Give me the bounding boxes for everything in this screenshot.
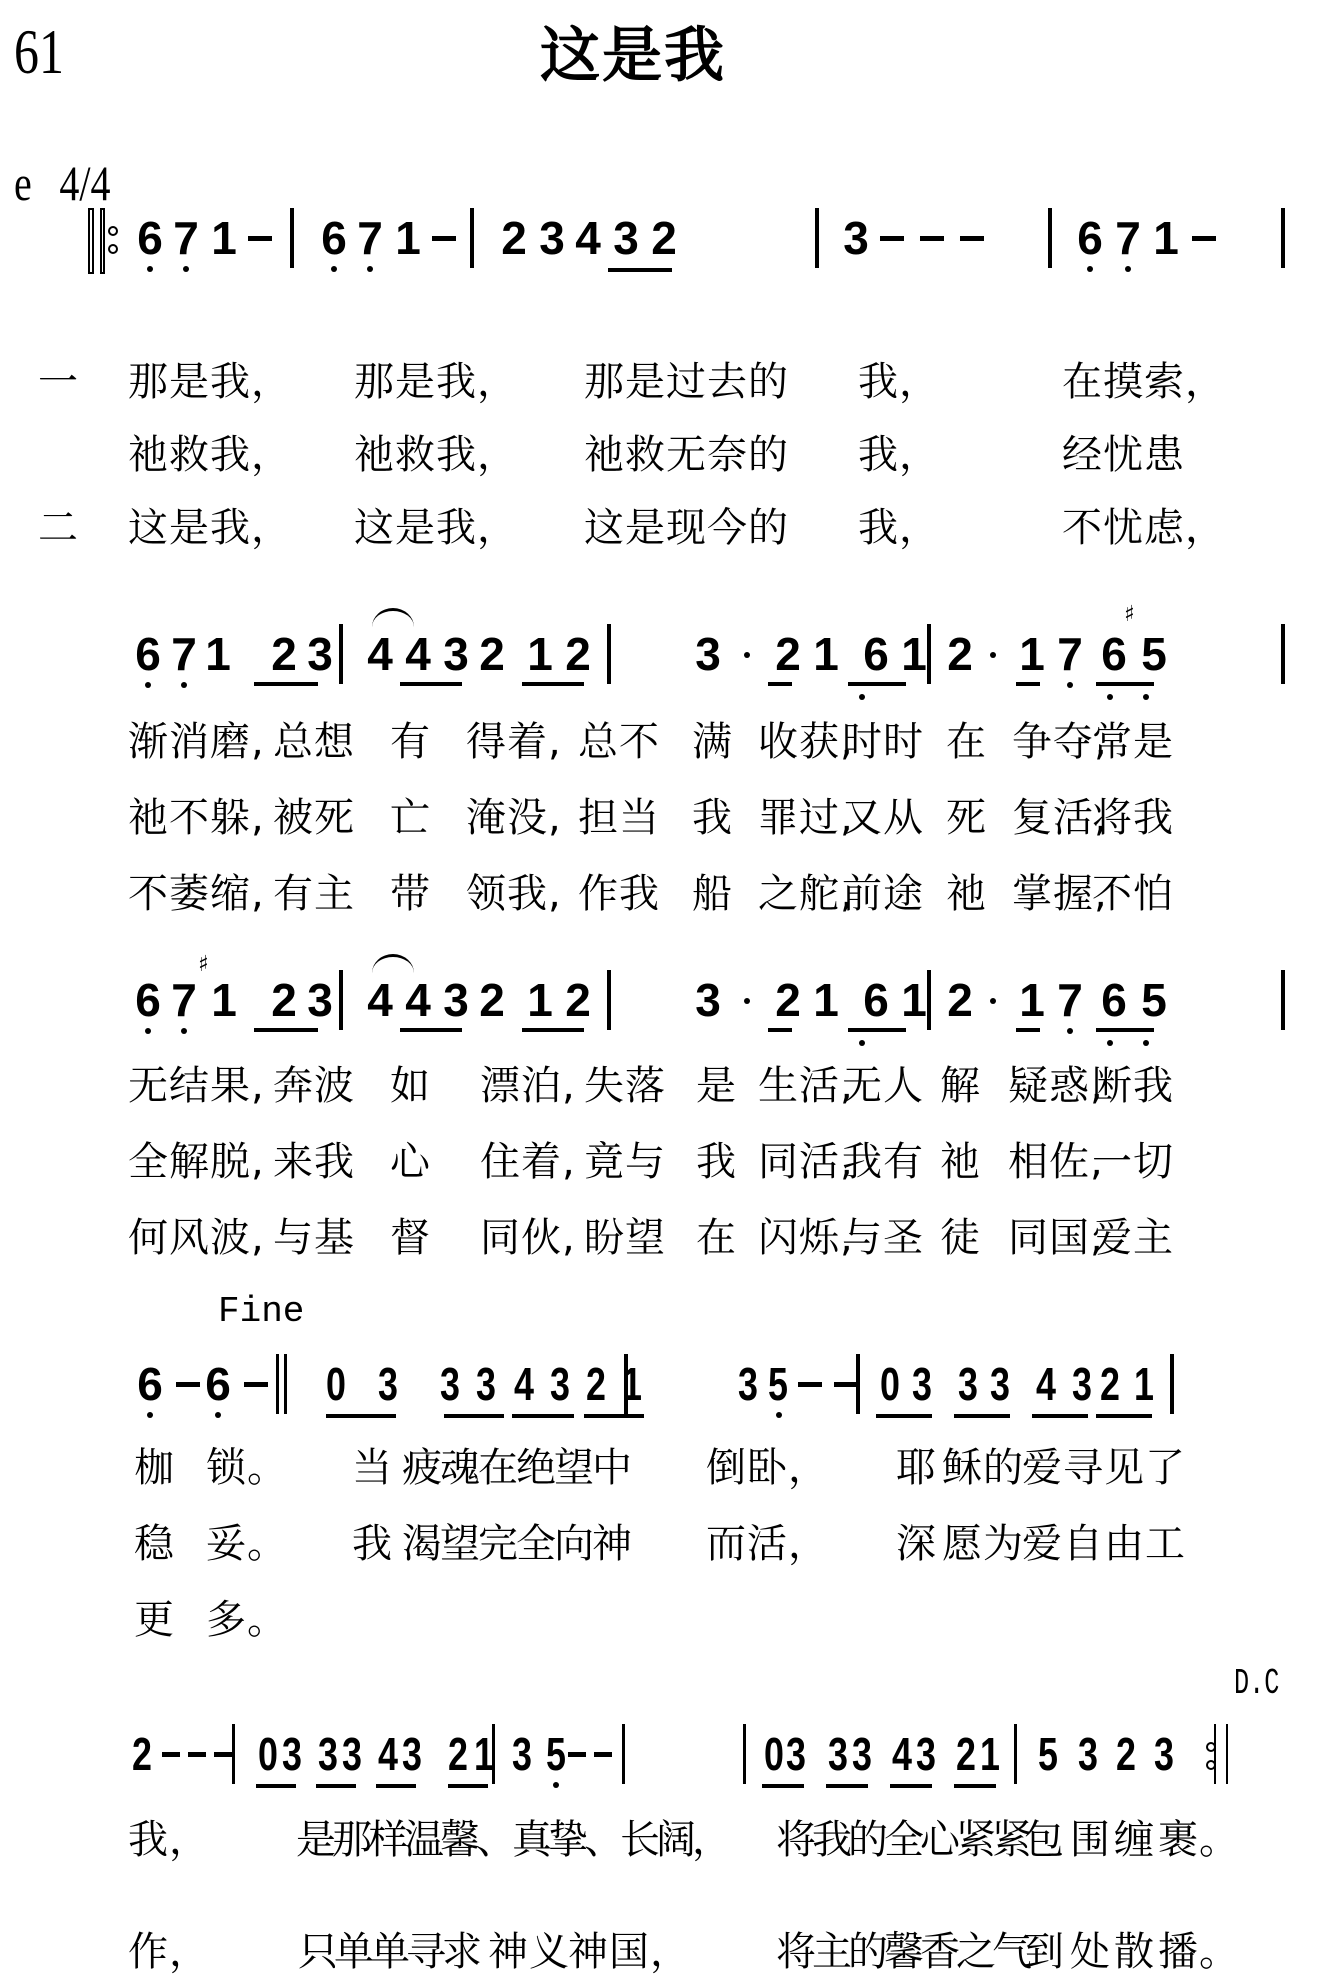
low-octave-dot bbox=[145, 682, 151, 688]
note: 1 bbox=[1014, 624, 1050, 684]
note: 3 bbox=[954, 1354, 982, 1414]
sixteenth-underline bbox=[1016, 1028, 1040, 1032]
lyric: 那是过去的 bbox=[584, 362, 789, 402]
low-octave-dot bbox=[331, 266, 337, 272]
lyric: 带 bbox=[390, 874, 431, 914]
lyric: 不怕 bbox=[1092, 874, 1174, 914]
lyric: 与基 bbox=[273, 1218, 355, 1258]
lyric: 时时 bbox=[842, 722, 924, 762]
note: 3 bbox=[278, 1724, 306, 1784]
lyric: 当 bbox=[352, 1448, 393, 1488]
eighth-underline bbox=[444, 1414, 504, 1418]
note: 4 bbox=[400, 970, 436, 1030]
note: 6 bbox=[130, 970, 166, 1030]
note: 3 bbox=[546, 1354, 574, 1414]
barline bbox=[1281, 208, 1285, 268]
barline bbox=[492, 1724, 495, 1784]
verse-label-2: 二 bbox=[38, 508, 78, 548]
lyric: 全解脱, bbox=[128, 1142, 265, 1182]
lyric: 同伙, bbox=[480, 1218, 576, 1258]
lyric: 是 bbox=[696, 1066, 737, 1106]
eighth-underline bbox=[254, 682, 318, 686]
lyric: 只单单寻求 bbox=[298, 1932, 478, 1972]
note: 1 bbox=[1014, 970, 1050, 1030]
lyric: 无结果, bbox=[128, 1066, 265, 1106]
lyric: 总不 bbox=[578, 722, 660, 762]
lyric: 我， bbox=[128, 1820, 210, 1860]
lyric: 爱主 bbox=[1092, 1218, 1174, 1258]
lyric: 耶 bbox=[896, 1448, 937, 1488]
lyric: 在 bbox=[946, 722, 987, 762]
hold-dash bbox=[798, 1382, 822, 1387]
low-octave-dot bbox=[859, 694, 865, 700]
note: 3 bbox=[472, 1354, 500, 1414]
sharp-accidental: ♯ bbox=[1124, 604, 1135, 626]
note: 1 bbox=[976, 1724, 1004, 1784]
lyric: 在摸索， bbox=[1062, 362, 1226, 402]
low-octave-dot bbox=[776, 1412, 782, 1418]
note: 3 bbox=[782, 1724, 810, 1784]
hold-dash bbox=[594, 1752, 612, 1757]
low-octave-dot bbox=[1107, 1040, 1113, 1046]
sixteenth-underline bbox=[1016, 682, 1040, 686]
barline bbox=[743, 1724, 746, 1784]
note: 2 bbox=[474, 624, 510, 684]
lyric: 这是我， bbox=[128, 508, 292, 548]
lyric: 来我 bbox=[273, 1142, 355, 1182]
lyric: 祂救我， bbox=[354, 435, 518, 475]
barline bbox=[1281, 624, 1285, 684]
eighth-underline bbox=[1096, 1028, 1154, 1032]
lyric: 之舵, bbox=[758, 874, 854, 914]
note: 6 bbox=[1072, 208, 1108, 268]
note: 2 bbox=[560, 970, 596, 1030]
lyric: 倒卧， bbox=[706, 1448, 829, 1488]
lyric: 徒 bbox=[940, 1218, 981, 1258]
hymn-number: 61 bbox=[14, 20, 64, 84]
lyric: 盼望 bbox=[584, 1218, 666, 1258]
note: 1 bbox=[200, 624, 236, 684]
eighth-underline bbox=[376, 1784, 416, 1788]
lyric: 那是我， bbox=[354, 362, 518, 402]
note: 3 bbox=[438, 624, 474, 684]
lyric: 祂 bbox=[940, 1142, 981, 1182]
barline bbox=[1170, 1354, 1174, 1414]
barline bbox=[856, 1354, 860, 1414]
lyric: 如 bbox=[390, 1066, 431, 1106]
hold-dash bbox=[248, 236, 272, 241]
system-4-notation: 6 6 0 3 3 3 4 3 2 1 3 5 0 3 3 3 4 3 2 1 bbox=[0, 1354, 1328, 1414]
eighth-underline bbox=[256, 1784, 296, 1788]
lyric: 爱寻见了 bbox=[1022, 1448, 1186, 1488]
note: 5 bbox=[1136, 624, 1172, 684]
lyric: 闪烁, bbox=[758, 1218, 854, 1258]
lyric: 将我的全心紧紧 bbox=[776, 1820, 1028, 1860]
barline bbox=[339, 970, 343, 1030]
note: 3 bbox=[1150, 1724, 1178, 1784]
lyric: 作， bbox=[128, 1932, 210, 1972]
key-time-signature: e 4/4 bbox=[14, 158, 110, 208]
note: 6 bbox=[1096, 624, 1132, 684]
hold-dash bbox=[920, 236, 944, 241]
hold-dash bbox=[960, 236, 984, 241]
note: 2 bbox=[1112, 1724, 1140, 1784]
augmentation-dot bbox=[990, 652, 996, 658]
repeat-end-barline-thick bbox=[1222, 1724, 1228, 1784]
lyric: 更 bbox=[134, 1600, 175, 1640]
eighth-underline bbox=[890, 1784, 932, 1788]
note: 7 bbox=[1052, 970, 1088, 1030]
lyric: 生活, bbox=[758, 1066, 854, 1106]
lyric: 祂救我， bbox=[128, 435, 292, 475]
lyric: 散 bbox=[1114, 1932, 1155, 1972]
note: 4 bbox=[362, 624, 398, 684]
eighth-underline bbox=[584, 1414, 644, 1418]
lyric: 枷 bbox=[134, 1448, 175, 1488]
repeat-start-barline-thin bbox=[100, 208, 105, 274]
lyric: 满 bbox=[692, 722, 733, 762]
lyric: 漂泊, bbox=[480, 1066, 576, 1106]
lyric: 稳 bbox=[134, 1524, 175, 1564]
note: 3 bbox=[508, 1724, 536, 1784]
lyric: 我， bbox=[858, 362, 940, 402]
note: 2 bbox=[1096, 1354, 1124, 1414]
note: 2 bbox=[582, 1354, 610, 1414]
lyric: 被死 bbox=[273, 798, 355, 838]
system-3-notation: 6 7 ♯ 1 2 3 4 4 3 2 1 2 3 2 1 6 1 2 1 7 … bbox=[0, 970, 1328, 1030]
barline bbox=[607, 970, 611, 1030]
lyric: 心 bbox=[390, 1142, 431, 1182]
note: 1 bbox=[390, 208, 426, 268]
eighth-underline bbox=[762, 1784, 804, 1788]
eighth-underline bbox=[954, 1784, 996, 1788]
note: 5 bbox=[764, 1354, 792, 1414]
low-octave-dot bbox=[1067, 682, 1073, 688]
note: 6 bbox=[132, 208, 168, 268]
note: 6 bbox=[200, 1354, 236, 1414]
low-octave-dot bbox=[367, 266, 373, 272]
lyric: 同国, bbox=[1008, 1218, 1104, 1258]
note: 3 bbox=[438, 970, 474, 1030]
note: 3 bbox=[912, 1724, 940, 1784]
lyric: 我， bbox=[858, 435, 940, 475]
hold-dash bbox=[188, 1752, 206, 1757]
note: 5 bbox=[542, 1724, 570, 1784]
eighth-underline bbox=[608, 268, 672, 272]
lyric: 在 bbox=[696, 1218, 737, 1258]
eighth-underline bbox=[848, 682, 906, 686]
augmentation-dot bbox=[744, 998, 750, 1004]
note: 2 bbox=[770, 624, 806, 684]
eighth-underline bbox=[848, 1028, 906, 1032]
note: 1 bbox=[618, 1354, 646, 1414]
note: 2 bbox=[266, 970, 302, 1030]
lyric: 有主 bbox=[273, 874, 355, 914]
eighth-underline bbox=[876, 1414, 932, 1418]
lyric: 渐消磨, bbox=[128, 722, 265, 762]
repeat-start-barline bbox=[88, 208, 94, 274]
eighth-underline bbox=[400, 682, 462, 686]
lyric: 我 bbox=[352, 1524, 393, 1564]
note: 1 bbox=[206, 208, 242, 268]
lyric: 我有 bbox=[842, 1142, 924, 1182]
note: 2 bbox=[646, 208, 682, 268]
lyric: 播。 bbox=[1158, 1932, 1240, 1972]
system-5-notation: 2 0 3 3 3 4 3 2 1 3 5 0 3 3 3 4 3 2 1 5 … bbox=[0, 1724, 1328, 1784]
note: 5 bbox=[1034, 1724, 1062, 1784]
low-octave-dot bbox=[1125, 266, 1131, 272]
lyric: 愿为 bbox=[942, 1524, 1024, 1564]
barline bbox=[1281, 970, 1285, 1030]
barline bbox=[339, 624, 343, 684]
lyric: 我 bbox=[692, 798, 733, 838]
lyric: 将我 bbox=[1092, 798, 1174, 838]
lyric: 妥。 bbox=[206, 1524, 288, 1564]
note: 3 bbox=[838, 208, 874, 268]
lyric: 到 bbox=[1024, 1932, 1065, 1972]
lyric: 我 bbox=[696, 1142, 737, 1182]
eighth-underline bbox=[1096, 1414, 1152, 1418]
note: 1 bbox=[522, 970, 558, 1030]
repeat-end-barline bbox=[1214, 1724, 1216, 1784]
eighth-underline bbox=[326, 1414, 396, 1418]
lyric: 领我, bbox=[466, 874, 562, 914]
barline bbox=[470, 208, 474, 268]
note: 3 bbox=[302, 624, 338, 684]
lyric: 疲魂在绝望中 bbox=[402, 1448, 630, 1488]
lyric: 缠 bbox=[1114, 1820, 1155, 1860]
lyric: 死 bbox=[946, 798, 987, 838]
lyric: 同活, bbox=[758, 1142, 854, 1182]
lyric: 这是现今的 bbox=[584, 508, 789, 548]
system-2-notation: 6 7 1 2 3 4 4 3 2 1 2 3 2 1 6 1 2 1 7 6 … bbox=[0, 624, 1328, 684]
hold-dash bbox=[214, 1752, 232, 1757]
note: 6 bbox=[130, 624, 166, 684]
lyric: 一切 bbox=[1092, 1142, 1174, 1182]
lyric: 稣的 bbox=[942, 1448, 1024, 1488]
lyric: 祂救无奈的 bbox=[584, 435, 789, 475]
double-barline bbox=[284, 1354, 287, 1414]
lyric: 担当 bbox=[578, 798, 660, 838]
note: 3 bbox=[436, 1354, 464, 1414]
lyric: 收获, bbox=[758, 722, 854, 762]
note: 4 bbox=[570, 208, 606, 268]
eighth-underline bbox=[522, 1028, 584, 1032]
note: 4 bbox=[400, 624, 436, 684]
repeat-dots bbox=[108, 226, 116, 262]
note: 1 bbox=[808, 970, 844, 1030]
note: 6 bbox=[132, 1354, 168, 1414]
low-octave-dot bbox=[553, 1782, 559, 1788]
hold-dash bbox=[880, 236, 904, 241]
hold-dash bbox=[176, 1382, 200, 1387]
note: 3 bbox=[690, 970, 726, 1030]
lyric: 无人 bbox=[842, 1066, 924, 1106]
lyric: 围 bbox=[1070, 1820, 1111, 1860]
note: 2 bbox=[128, 1724, 156, 1784]
sixteenth-underline bbox=[768, 1028, 792, 1032]
lyric: 神国， bbox=[568, 1932, 691, 1972]
note: 3 bbox=[398, 1724, 426, 1784]
low-octave-dot bbox=[1107, 694, 1113, 700]
note: 7 bbox=[168, 208, 204, 268]
note: 7 bbox=[1052, 624, 1088, 684]
lyric: 奔波 bbox=[273, 1066, 355, 1106]
barline bbox=[927, 624, 931, 684]
note: 4 bbox=[362, 970, 398, 1030]
eighth-underline bbox=[1096, 682, 1154, 686]
hold-dash bbox=[1192, 236, 1216, 241]
note: 3 bbox=[302, 970, 338, 1030]
lyric: 不萎缩, bbox=[128, 874, 265, 914]
augmentation-dot bbox=[744, 652, 750, 658]
key-signature: e bbox=[14, 155, 32, 211]
note: 3 bbox=[690, 624, 726, 684]
lyric: 亡 bbox=[390, 798, 431, 838]
barline bbox=[232, 1724, 235, 1784]
note: 2 bbox=[474, 970, 510, 1030]
eighth-underline bbox=[254, 1028, 318, 1032]
note: 0 bbox=[876, 1354, 904, 1414]
lyric: 何风波, bbox=[128, 1218, 265, 1258]
barline bbox=[622, 1724, 625, 1784]
note: 1 bbox=[206, 970, 242, 1030]
lyric: 竟与 bbox=[584, 1142, 666, 1182]
eighth-underline bbox=[400, 1028, 462, 1032]
eighth-underline bbox=[512, 1414, 574, 1418]
barline bbox=[607, 624, 611, 684]
barline bbox=[927, 970, 931, 1030]
hold-dash bbox=[432, 236, 456, 241]
note: 3 bbox=[734, 1354, 762, 1414]
lyric: 失落 bbox=[584, 1066, 666, 1106]
sixteenth-underline bbox=[768, 682, 792, 686]
hold-dash bbox=[244, 1382, 268, 1387]
lyric: 住着, bbox=[480, 1142, 576, 1182]
low-octave-dot bbox=[145, 1028, 151, 1034]
low-octave-dot bbox=[181, 1028, 187, 1034]
lyric: 作我 bbox=[578, 874, 660, 914]
lyric: 裹。 bbox=[1158, 1820, 1240, 1860]
barline bbox=[1048, 208, 1052, 268]
eighth-underline bbox=[522, 682, 584, 686]
lyric: 而活， bbox=[706, 1524, 829, 1564]
lyric: 是那样温馨、真挚、长阔， bbox=[296, 1820, 728, 1860]
low-octave-dot bbox=[147, 266, 153, 272]
note: 2 bbox=[496, 208, 532, 268]
note: 3 bbox=[848, 1724, 876, 1784]
lyric: 爱自由工 bbox=[1022, 1524, 1186, 1564]
hold-dash bbox=[834, 1382, 858, 1387]
note: 2 bbox=[942, 970, 978, 1030]
note: 2 bbox=[942, 624, 978, 684]
note: 7 bbox=[1110, 208, 1146, 268]
note: 2 bbox=[266, 624, 302, 684]
eighth-underline bbox=[1032, 1414, 1088, 1418]
low-octave-dot bbox=[183, 266, 189, 272]
note: 3 bbox=[338, 1724, 366, 1784]
barline bbox=[624, 1354, 628, 1414]
lyric: 祂 bbox=[946, 874, 987, 914]
lyric: 与圣 bbox=[842, 1218, 924, 1258]
low-octave-dot bbox=[215, 1412, 221, 1418]
note: 0 bbox=[322, 1354, 350, 1414]
lyric: 船 bbox=[692, 874, 733, 914]
note: 3 bbox=[986, 1354, 1014, 1414]
hold-dash bbox=[568, 1752, 586, 1757]
eighth-underline bbox=[448, 1784, 488, 1788]
low-octave-dot bbox=[1143, 1040, 1149, 1046]
lyric: 多。 bbox=[206, 1600, 288, 1640]
note: 3 bbox=[608, 208, 644, 268]
note: 5 bbox=[1136, 970, 1172, 1030]
eighth-underline bbox=[316, 1784, 356, 1788]
note: 3 bbox=[1068, 1354, 1096, 1414]
lyric: 常是 bbox=[1092, 722, 1174, 762]
note: 3 bbox=[374, 1354, 402, 1414]
lyric: 那是我， bbox=[128, 362, 292, 402]
low-octave-dot bbox=[1067, 1028, 1073, 1034]
lyric: 包 bbox=[1024, 1820, 1065, 1860]
low-octave-dot bbox=[147, 1412, 153, 1418]
lyric: 有 bbox=[390, 722, 431, 762]
dc-marking: D.C bbox=[1234, 1666, 1279, 1702]
lyric: 渴望完全向神 bbox=[402, 1524, 630, 1564]
lyric: 不忧虑， bbox=[1062, 508, 1226, 548]
lyric: 解 bbox=[940, 1066, 981, 1106]
lyric: 督 bbox=[390, 1218, 431, 1258]
note: 3 bbox=[1074, 1724, 1102, 1784]
note: 4 bbox=[1032, 1354, 1060, 1414]
barline bbox=[290, 208, 294, 268]
lyric: 处 bbox=[1070, 1932, 1111, 1972]
note: 6 bbox=[858, 624, 894, 684]
note: 1 bbox=[808, 624, 844, 684]
eighth-underline bbox=[954, 1414, 1010, 1418]
barline bbox=[815, 208, 819, 268]
lyric: 将主的馨香之气 bbox=[776, 1932, 1028, 1972]
note: 7 bbox=[352, 208, 388, 268]
note: 2 bbox=[560, 624, 596, 684]
note: 6 bbox=[1096, 970, 1132, 1030]
lyric: 锁。 bbox=[206, 1448, 288, 1488]
note: 7 bbox=[166, 970, 202, 1030]
lyric: 经忧患 bbox=[1062, 435, 1185, 475]
lyric: 淹没, bbox=[466, 798, 562, 838]
low-octave-dot bbox=[1087, 266, 1093, 272]
note: 1 bbox=[1130, 1354, 1158, 1414]
note: 6 bbox=[316, 208, 352, 268]
low-octave-dot bbox=[181, 682, 187, 688]
hold-dash bbox=[162, 1752, 180, 1757]
lyric: 疑惑, bbox=[1008, 1066, 1104, 1106]
fine-marking: Fine bbox=[218, 1294, 304, 1330]
note: 4 bbox=[510, 1354, 538, 1414]
augmentation-dot bbox=[990, 998, 996, 1004]
lyric: 相佐, bbox=[1008, 1142, 1104, 1182]
lyric: 得着, bbox=[466, 722, 562, 762]
hymn-title: 这是我 bbox=[540, 26, 726, 86]
lyric: 神义 bbox=[488, 1932, 570, 1972]
lyric: 罪过, bbox=[758, 798, 854, 838]
lyric: 深 bbox=[896, 1524, 937, 1564]
eighth-underline bbox=[826, 1784, 868, 1788]
note: 1 bbox=[522, 624, 558, 684]
note: 2 bbox=[770, 970, 806, 1030]
lyric: 断我 bbox=[1092, 1066, 1174, 1106]
low-octave-dot bbox=[859, 1040, 865, 1046]
note: 7 bbox=[166, 624, 202, 684]
